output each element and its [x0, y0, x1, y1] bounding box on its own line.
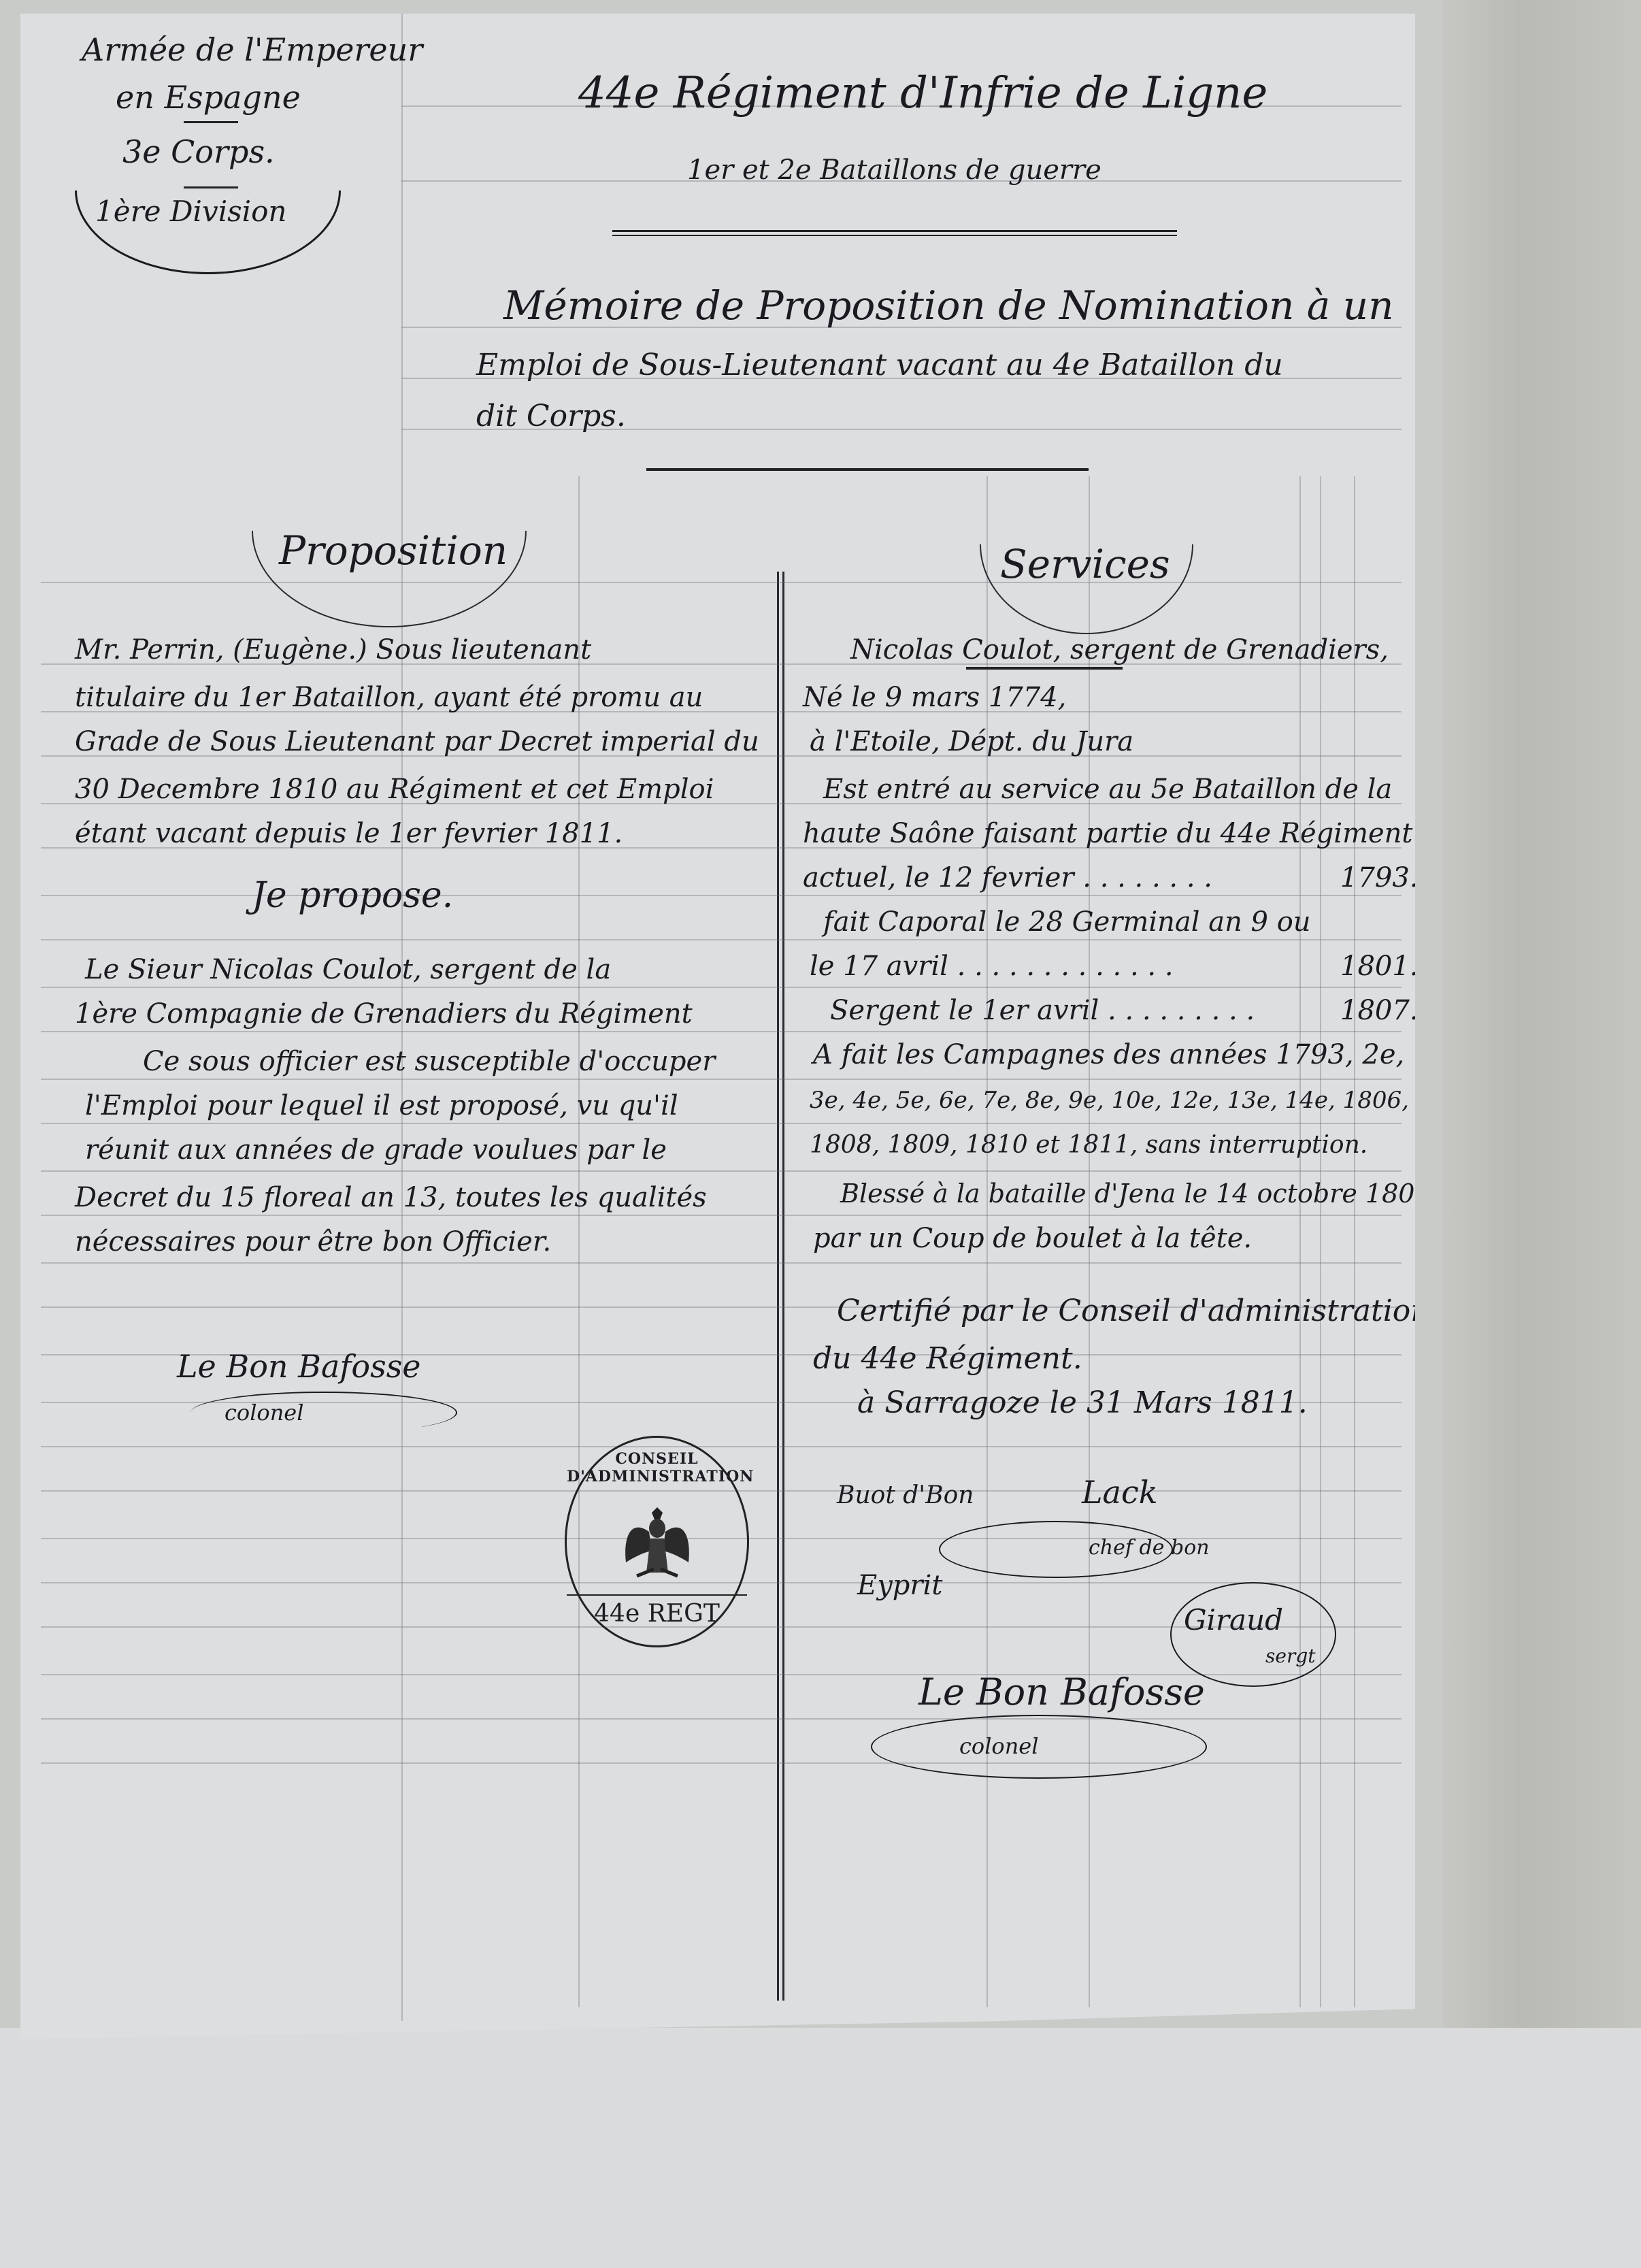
heading-brace-flourish [252, 531, 527, 627]
colonel-signature: Le Bon Bafosse [177, 1351, 421, 1382]
memoire-line-2: Emploi de Sous-Lieutenant vacant au 4e B… [476, 350, 1283, 380]
rule-line [41, 1079, 1402, 1080]
memoire-line-3: dit Corps. [476, 401, 626, 431]
country-label: en Espagne [116, 82, 301, 113]
service-year: 1807. [1340, 997, 1419, 1024]
service-line: par un Coup de boulet à la tête. [813, 1225, 1252, 1252]
background-surface [1442, 0, 1641, 2268]
service-line: Est entré au service au 5e Bataillon de … [823, 776, 1392, 803]
candidate-line: nécessaires pour être bon Officier. [75, 1228, 551, 1255]
service-line: Nicolas Coulot, sergent de Grenadiers, [850, 636, 1389, 663]
signature-flourish [939, 1521, 1173, 1578]
candidate-line: Ce sous officier est susceptible d'occup… [143, 1048, 715, 1075]
column-rule [1299, 476, 1301, 2007]
underline [184, 186, 238, 188]
service-line: haute Saône faisant partie du 44e Régime… [803, 820, 1413, 847]
underline [184, 121, 238, 123]
signature: Eyprit [857, 1572, 942, 1599]
center-divider [777, 572, 779, 2001]
rule-line [41, 987, 1402, 988]
rule-line [41, 939, 1402, 940]
rule-line [41, 895, 1402, 896]
service-line: 3e, 4e, 5e, 6e, 7e, 8e, 9e, 10e, 12e, 13… [810, 1089, 1475, 1112]
rule-line [41, 1446, 1402, 1447]
signature-flourish [190, 1392, 457, 1434]
name-underline [966, 667, 1123, 670]
signature: Lack [1082, 1477, 1158, 1508]
army-label: Armée de l'Empereur [82, 34, 422, 65]
signature: Buot d'Bon [837, 1483, 974, 1508]
proposition-line: étant vacant depuis le 1er fevrier 1811. [75, 820, 623, 847]
rule-line [41, 1718, 1402, 1720]
proposition-line: 30 Decembre 1810 au Régiment et cet Empl… [75, 776, 714, 803]
seal-ring-text: CONSEIL D'ADMINISTRATION [567, 1450, 747, 1485]
service-year: 1801. [1340, 953, 1419, 980]
title-double-rule [612, 230, 1177, 236]
signature-flourish [871, 1715, 1207, 1779]
memoire-line-1: Mémoire de Proposition de Nomination à u… [503, 286, 1393, 325]
battalions-subtitle: 1er et 2e Bataillons de guerre [687, 157, 1101, 184]
column-rule [1354, 476, 1355, 2007]
rule-line [41, 1031, 1402, 1032]
service-line: actuel, le 12 fevrier . . . . . . . . [803, 864, 1212, 891]
certification-line: Certifié par le Conseil d'administration [837, 1296, 1430, 1326]
candidate-line: réunit aux années de grade voulues par l… [85, 1136, 667, 1164]
seal-regiment-number: 44e REGT [567, 1594, 747, 1628]
memoire-rule [646, 468, 1089, 471]
candidate-line: Le Sieur Nicolas Coulot, sergent de la [85, 956, 611, 983]
certification-line: du 44e Régiment. [813, 1344, 1082, 1374]
imperial-eagle-icon [616, 1498, 698, 1593]
service-line: Blessé à la bataille d'Jena le 14 octobr… [840, 1181, 1431, 1206]
center-divider [782, 572, 784, 2001]
rule-line [41, 1762, 1402, 1764]
heading-brace-flourish [980, 544, 1193, 634]
proposition-line: titulaire du 1er Bataillon, ayant été pr… [75, 684, 703, 711]
rule-line [41, 1215, 1402, 1216]
certification-date: à Sarragoze le 31 Mars 1811. [857, 1388, 1308, 1418]
service-line: Sergent le 1er avril . . . . . . . . . [830, 997, 1255, 1024]
service-line: 1808, 1809, 1810 et 1811, sans interrupt… [810, 1133, 1367, 1157]
colonel-signature: Le Bon Bafosse [918, 1674, 1205, 1711]
proposition-line: Grade de Sous Lieutenant par Decret impe… [75, 728, 759, 755]
service-line: Né le 9 mars 1774, [803, 684, 1066, 711]
column-rule [1320, 476, 1321, 2007]
rule-line [41, 1262, 1402, 1264]
candidate-line: Decret du 15 floreal an 13, toutes les q… [75, 1184, 707, 1211]
candidate-line: l'Emploi pour lequel il est proposé, vu … [85, 1092, 678, 1119]
service-line: le 17 avril . . . . . . . . . . . . . [810, 953, 1174, 980]
document-sheet: Armée de l'Empereur en Espagne 3e Corps.… [20, 14, 1415, 2041]
regimental-seal: CONSEIL D'ADMINISTRATION 44e REGT [565, 1436, 749, 1647]
candidate-line: 1ère Compagnie de Grenadiers du Régiment [75, 1000, 693, 1028]
je-propose-heading: Je propose. [252, 878, 453, 913]
rule-line [41, 1123, 1402, 1124]
service-year: 1793. [1340, 864, 1419, 891]
service-line: à l'Etoile, Dépt. du Jura [810, 728, 1133, 755]
corps-label: 3e Corps. [122, 136, 275, 167]
service-line: fait Caporal le 28 Germinal an 9 ou [823, 908, 1311, 936]
rule-line [41, 1170, 1402, 1172]
proposition-line: Mr. Perrin, (Eugène.) Sous lieutenant [75, 636, 591, 663]
division-arc-flourish [75, 191, 341, 274]
regiment-title: 44e Régiment d'Infrie de Ligne [578, 71, 1267, 115]
background-lower [0, 2028, 1641, 2268]
rule-line [41, 582, 1402, 583]
service-line: A fait les Campagnes des années 1793, 2e… [813, 1041, 1404, 1068]
